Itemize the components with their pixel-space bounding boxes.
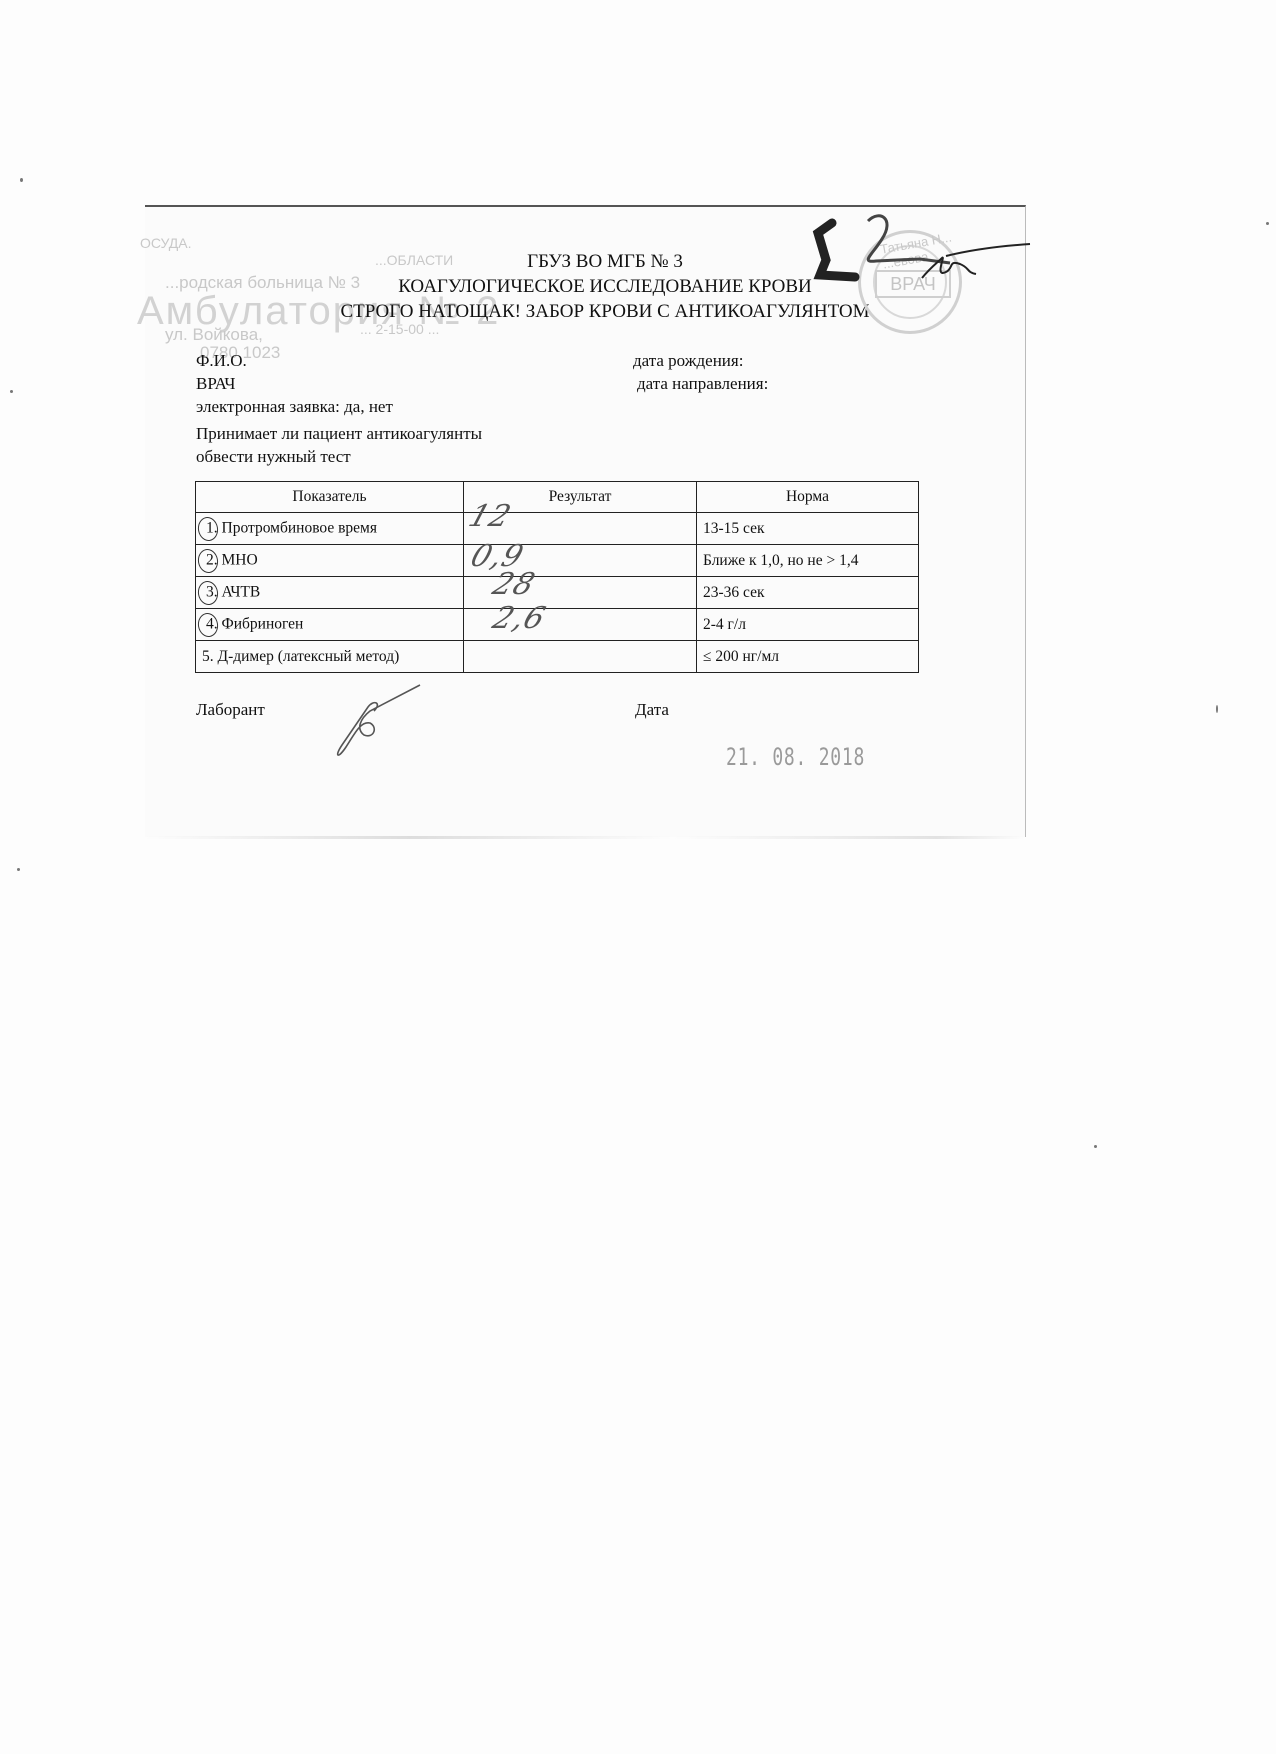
indicator-cell: 2. МНО (196, 545, 464, 577)
background-print-line: ... 2-15-00 ... (360, 321, 439, 337)
fio-label: Ф.И.О. (196, 351, 247, 371)
norm-cell: 2-4 г/л (697, 609, 919, 641)
norm-cell: 23-36 сек (697, 577, 919, 609)
electronic-request-label: электронная заявка: да, нет (196, 397, 393, 417)
table-row: 5. Д-димер (латексный метод)≤ 200 нг/мл (196, 641, 919, 673)
result-cell: 2,6 (464, 609, 697, 641)
doctor-label: ВРАЧ (196, 374, 235, 394)
date-stamp: 21. 08. 2018 (726, 743, 865, 771)
table-row: 1. Протромбиновое время1213-15 сек (196, 513, 919, 545)
coagulation-results-table: Показатель Результат Норма 1. Протромбин… (195, 481, 919, 673)
birth-date-label: дата рождения: (633, 351, 743, 371)
scan-speck (17, 868, 20, 871)
table-row: 3. АЧТВ2823-36 сек (196, 577, 919, 609)
header-norm: Норма (697, 482, 919, 513)
background-print-line: ОСУДА. (140, 235, 192, 251)
indicator-cell: 4. Фибриноген (196, 609, 464, 641)
select-test-instruction: обвести нужный тест (196, 447, 351, 467)
indicator-cell: 1. Протромбиновое время (196, 513, 464, 545)
indicator-cell: 5. Д-димер (латексный метод) (196, 641, 464, 673)
scan-speck (10, 390, 13, 393)
lab-assistant-signature (330, 683, 430, 763)
table-row: 4. Фибриноген2,62-4 г/л (196, 609, 919, 641)
indicator-name: Протромбиновое время (222, 519, 377, 536)
indicator-number: 5. (202, 648, 214, 665)
indicator-name: МНО (222, 551, 258, 568)
anticoagulants-question: Принимает ли пациент антикоагулянты (196, 424, 482, 444)
doctor-signature (920, 250, 1030, 300)
referral-date-label: дата направления: (637, 374, 768, 394)
table-row: 2. МНО0,9Ближе к 1,0, но не > 1,4 (196, 545, 919, 577)
lab-assistant-label: Лаборант (196, 700, 265, 720)
scan-speck (1266, 222, 1269, 225)
indicator-name: Д-димер (латексный метод) (218, 648, 400, 665)
background-print-line: ул. Войкова, (165, 325, 263, 345)
date-label: Дата (635, 700, 669, 720)
handwritten-result: 2,6 (488, 601, 550, 636)
result-cell (464, 641, 697, 673)
table-header-row: Показатель Результат Норма (196, 482, 919, 513)
norm-cell: ≤ 200 нг/мл (697, 641, 919, 673)
header-indicator: Показатель (196, 482, 464, 513)
handwritten-page-number (800, 205, 940, 285)
scan-speck (20, 178, 23, 182)
scan-speck (1094, 1145, 1097, 1148)
indicator-name: АЧТВ (222, 583, 261, 600)
norm-cell: Ближе к 1,0, но не > 1,4 (697, 545, 919, 577)
indicator-name: Фибриноген (222, 615, 304, 632)
scan-speck (1216, 705, 1218, 713)
norm-cell: 13-15 сек (697, 513, 919, 545)
indicator-cell: 3. АЧТВ (196, 577, 464, 609)
